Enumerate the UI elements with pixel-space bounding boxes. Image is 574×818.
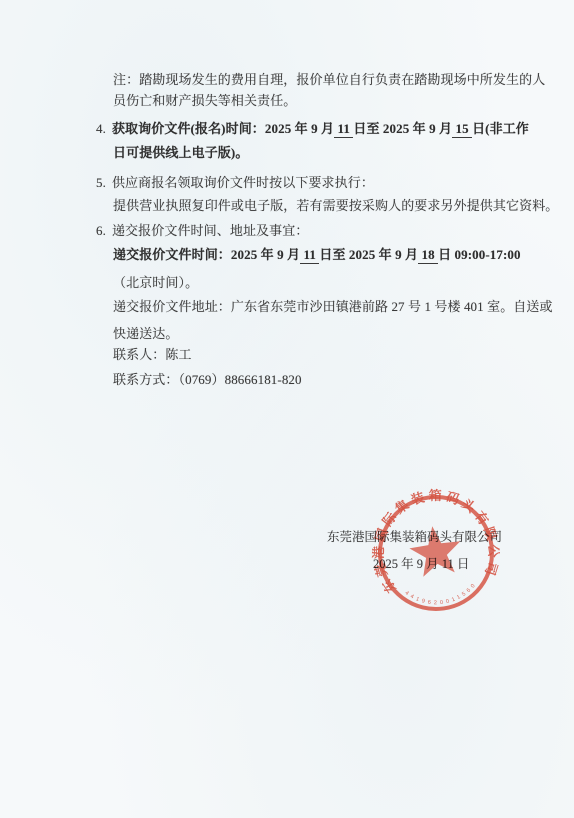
item-4-line-2: 日可提供线上电子版)。 (113, 144, 248, 161)
text-segment: 4. (96, 120, 106, 137)
text-segment: 18 (418, 246, 438, 264)
item-5-line-2: 提供营业执照复印件或电子版，若有需要按采购人的要求另外提供其它资料。 (113, 197, 558, 214)
note-line-1: 注：踏勘现场发生的费用自理，报价单位自行负责在踏勘现场中所发生的人 (113, 71, 545, 88)
seal-star-icon (407, 523, 465, 578)
text-segment: 获取询价文件(报名)时间：2025 年 9 月 (112, 120, 334, 137)
text-segment: 日至 2025 年 9 月 (353, 120, 452, 137)
company-seal-stamp: 东莞港国际集装箱码头有限公司 4419620011560 (351, 468, 521, 638)
text-segment: 6. (96, 222, 106, 239)
text-segment: 日至 2025 年 9 月 (319, 246, 418, 263)
text-segment: （北京时间）。 (113, 274, 198, 291)
text-segment: 员伤亡和财产损失等相关责任。 (113, 92, 296, 109)
item-4-line-1: 4.获取询价文件(报名)时间：2025 年 9 月 11 日至 2025 年 9… (96, 120, 529, 138)
text-segment: 注：踏勘现场发生的费用自理，报价单位自行负责在踏勘现场中所发生的人 (113, 71, 545, 88)
scanned-document-page: 注：踏勘现场发生的费用自理，报价单位自行负责在踏勘现场中所发生的人员伤亡和财产损… (0, 0, 574, 818)
text-segment: 日 09:00-17:00 (438, 246, 521, 263)
item-6-address-line-2: 快递送达。 (113, 325, 179, 342)
text-segment: 递交报价文件地址：广东省东莞市沙田镇港前路 27 号 1 号楼 401 室。自送… (113, 298, 553, 315)
item-5-line-1: 5.供应商报名领取询价文件时按以下要求执行： (96, 174, 374, 191)
text-segment: 5. (96, 174, 106, 191)
text-segment: 递交报价文件时间：2025 年 9 月 (113, 246, 300, 263)
item-6-timezone-line: （北京时间）。 (113, 274, 198, 291)
text-segment: 联系方式：（0769）88666181-820 (113, 371, 302, 388)
text-segment: 提供营业执照复印件或电子版，若有需要按采购人的要求另外提供其它资料。 (113, 197, 558, 214)
note-line-2: 员伤亡和财产损失等相关责任。 (113, 92, 296, 109)
text-segment: 快递送达。 (113, 325, 179, 342)
text-segment: 15 (452, 120, 472, 138)
item-6-time-line: 递交报价文件时间：2025 年 9 月 11 日至 2025 年 9 月 18 … (113, 246, 521, 264)
contact-person-line: 联系人：陈工 (113, 346, 192, 363)
text-segment: 联系人：陈工 (113, 346, 192, 363)
text-segment: 11 (300, 246, 319, 264)
item-6-line-1: 6.递交报价文件时间、地址及事宜： (96, 222, 308, 239)
text-segment: 供应商报名领取询价文件时按以下要求执行： (112, 174, 374, 191)
item-6-address-line-1: 递交报价文件地址：广东省东莞市沙田镇港前路 27 号 1 号楼 401 室。自送… (113, 298, 553, 315)
contact-phone-line: 联系方式：（0769）88666181-820 (113, 371, 302, 388)
text-segment: 递交报价文件时间、地址及事宜： (112, 222, 309, 239)
text-segment: 11 (334, 120, 353, 138)
text-segment: 日可提供线上电子版)。 (113, 144, 248, 161)
text-segment: 日(非工作 (472, 120, 529, 137)
